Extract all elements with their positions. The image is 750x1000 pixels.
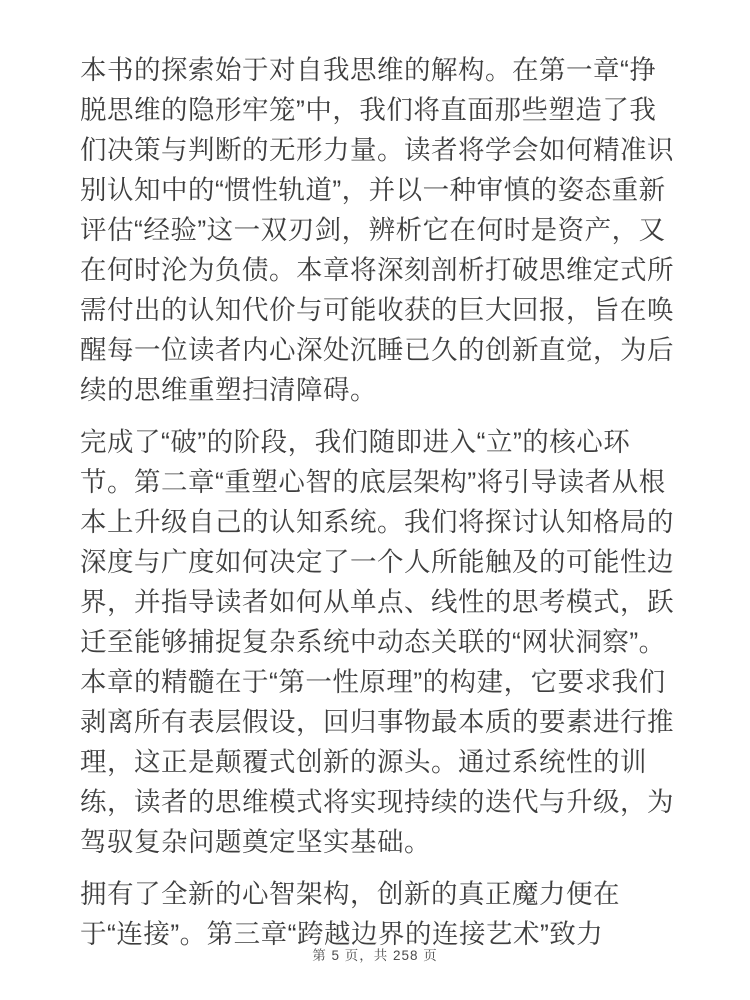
page-footer: 第 5 页，共 258 页: [0, 946, 750, 966]
paragraph-1: 本书的探索始于对自我思维的解构。在第一章“挣脱思维的隐形牢笼”中，我们将直面那些…: [80, 50, 676, 410]
paragraph-2: 完成了“破”的阶段，我们随即进入“立”的核心环节。第二章“重塑心智的底层架构”将…: [80, 422, 676, 862]
page-body: 本书的探索始于对自我思维的解构。在第一章“挣脱思维的隐形牢笼”中，我们将直面那些…: [80, 50, 676, 966]
page-number-label: 第 5 页，共 258 页: [312, 948, 438, 963]
document-page: 本书的探索始于对自我思维的解构。在第一章“挣脱思维的隐形牢笼”中，我们将直面那些…: [0, 0, 750, 1000]
paragraph-3: 拥有了全新的心智架构，创新的真正魔力便在于“连接”。第三章“跨越边界的连接艺术”…: [80, 874, 676, 954]
